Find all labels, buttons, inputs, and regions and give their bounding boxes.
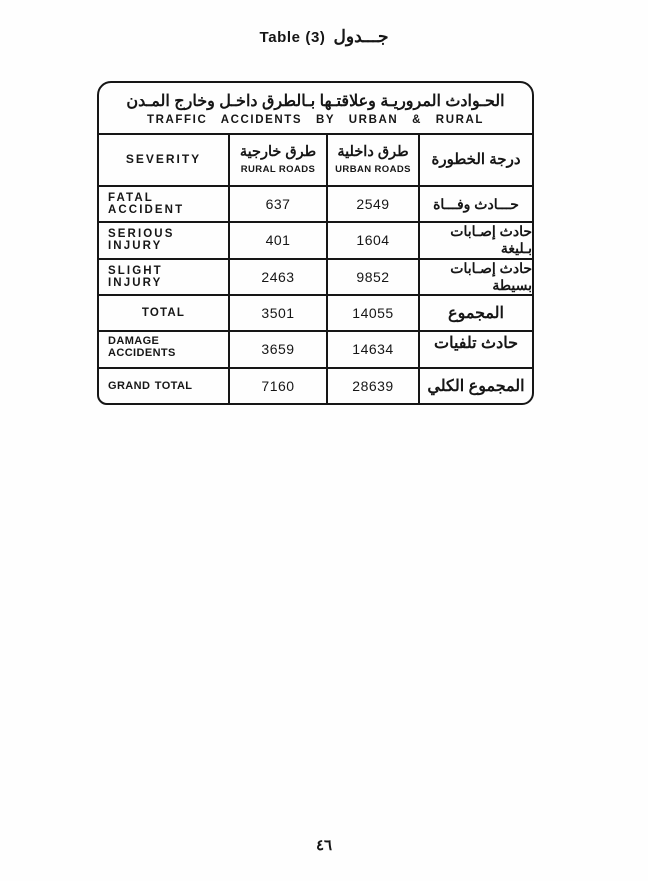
row-total-urban-value: 14055 xyxy=(326,294,418,330)
row-grand-total-arabic-label: المجموع الكلي xyxy=(418,367,532,403)
table-title-band: الحـوادث المروريـة وعلاقتـها بـالطرق داخ… xyxy=(99,83,532,135)
row-grand-total-urban-value: 28639 xyxy=(326,367,418,403)
document-page: Table (3)جـــدول الحـوادث المروريـة وعلا… xyxy=(0,0,648,881)
traffic-accidents-table: الحـوادث المروريـة وعلاقتـها بـالطرق داخ… xyxy=(97,81,534,405)
row-fatal-rural-value: 637 xyxy=(228,185,326,221)
row-damage-rural-value: 3659 xyxy=(228,330,326,366)
column-header-severity: SEVERITY xyxy=(99,135,228,185)
row-damage-arabic-label: حادث تلفيات xyxy=(418,330,532,366)
column-header-urban-roads: طرق داخلية URBAN ROADS xyxy=(326,135,418,185)
rural-roads-arabic-label: طرق خارجية xyxy=(240,144,316,161)
row-damage-severity-label: DAMAGE ACCIDENTS xyxy=(99,330,228,366)
page-title-en: Table (3) xyxy=(260,29,326,46)
row-serious-rural-value: 401 xyxy=(228,221,326,257)
rural-roads-english-label: RURAL ROADS xyxy=(241,165,315,176)
row-total-rural-value: 3501 xyxy=(228,294,326,330)
row-total-severity-label: TOTAL xyxy=(99,294,228,330)
row-slight-rural-value: 2463 xyxy=(228,258,326,294)
row-serious-urban-value: 1604 xyxy=(326,221,418,257)
page-title-ar: جـــدول xyxy=(334,27,389,46)
table-grid: SEVERITY طرق خارجية RURAL ROADS طرق داخل… xyxy=(99,135,532,403)
table-title-english: TRAFFIC ACCIDENTS BY URBAN & RURAL xyxy=(147,114,484,126)
row-slight-urban-value: 9852 xyxy=(326,258,418,294)
row-grand-total-rural-value: 7160 xyxy=(228,367,326,403)
row-slight-arabic-label: حادث إصـابات بسيطة xyxy=(418,258,532,294)
row-grand-total-severity-label: GRAND TOTAL xyxy=(99,367,228,403)
row-fatal-urban-value: 2549 xyxy=(326,185,418,221)
row-serious-severity-label: SERIOUS INJURY xyxy=(99,221,228,257)
row-slight-severity-label: SLIGHT INJURY xyxy=(99,258,228,294)
row-serious-arabic-label: حادث إصـابات بـليغة xyxy=(418,221,532,257)
row-total-arabic-label: المجموع xyxy=(418,294,532,330)
row-fatal-severity-label: FATAL ACCIDENT xyxy=(99,185,228,221)
urban-roads-english-label: URBAN ROADS xyxy=(335,165,411,176)
column-header-degree-of-severity: درجة الخطورة xyxy=(418,135,532,185)
row-fatal-arabic-label: حـــادث وفـــاة xyxy=(418,185,532,221)
row-damage-urban-value: 14634 xyxy=(326,330,418,366)
table-title-arabic: الحـوادث المروريـة وعلاقتـها بـالطرق داخ… xyxy=(126,92,504,112)
page-title: Table (3)جـــدول xyxy=(0,27,648,47)
page-number: ٤٦ xyxy=(0,836,648,854)
column-header-rural-roads: طرق خارجية RURAL ROADS xyxy=(228,135,326,185)
urban-roads-arabic-label: طرق داخلية xyxy=(337,144,408,161)
